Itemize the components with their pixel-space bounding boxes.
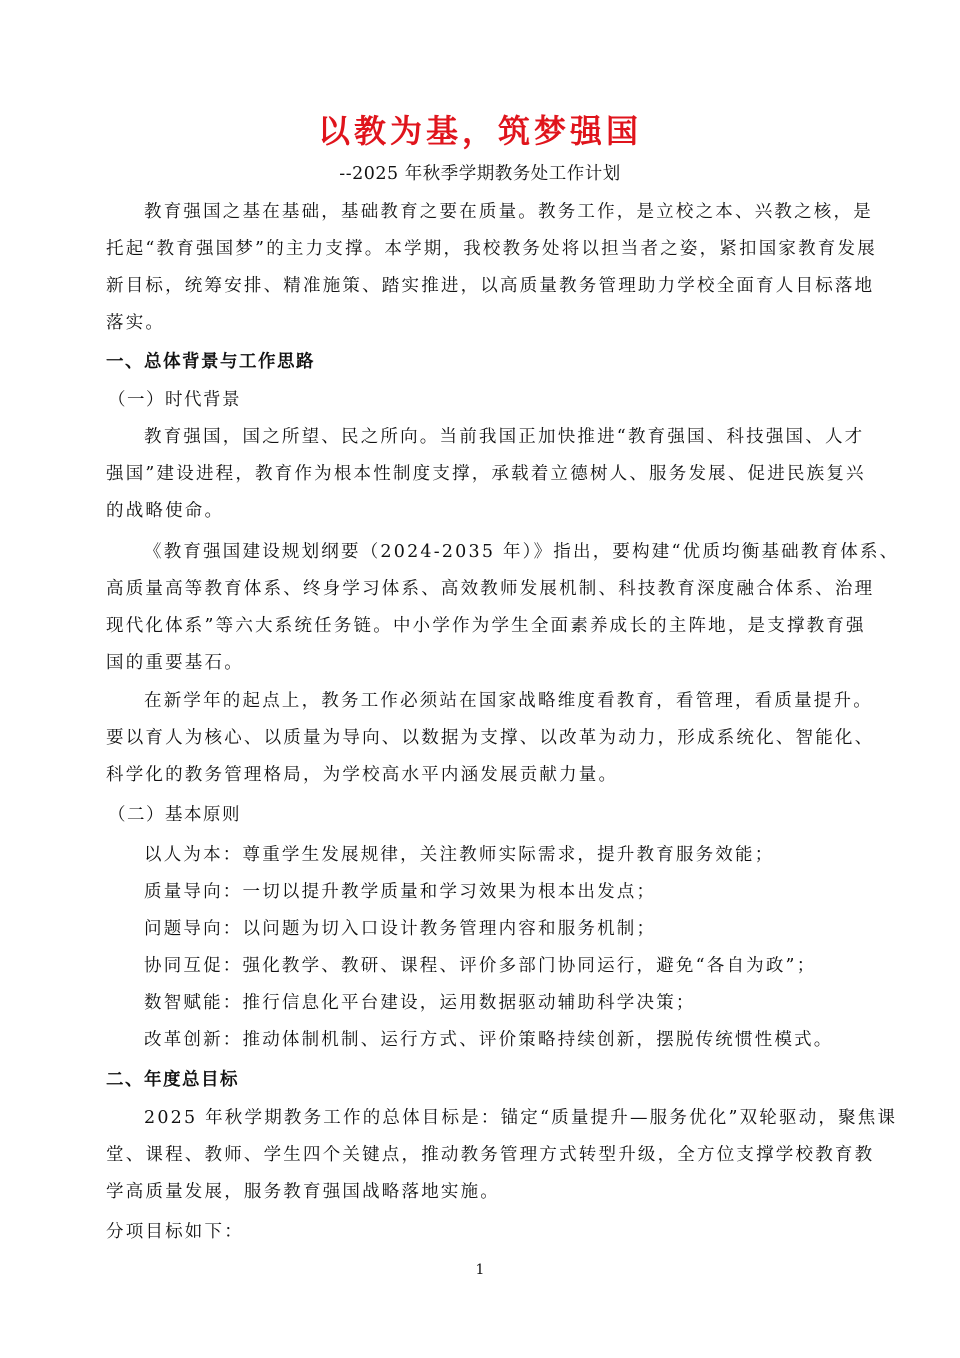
sub-goals-label: 分项目标如下：: [106, 1220, 244, 1244]
document-page: 以教为基，筑梦强国 --2025 年秋季学期教务处工作计划 教育强国之基在基础，…: [0, 0, 960, 1358]
intro-line: 托起“教育强国梦”的主力支撑。本学期，我校教务处将以担当者之姿，紧扣国家教育发展: [106, 237, 877, 261]
section-1-heading: 一、总体背景与工作思路: [106, 350, 315, 374]
paragraph-line: 要以育人为核心、以质量为导向、以数据为支撑、以改革为动力，形成系统化、智能化、: [106, 726, 874, 750]
principle-item: 协同互促：强化教学、教研、课程、评价多部门协同运行，避免“各自为政”；: [144, 954, 816, 978]
principle-item: 改革创新：推动体制机制、运行方式、评价策略持续创新，摆脱传统惯性模式。: [144, 1028, 834, 1052]
paragraph-line: 国的重要基石。: [106, 651, 244, 675]
section-2-heading: 二、年度总目标: [106, 1068, 239, 1092]
paragraph-line: 教育强国，国之所望、民之所向。当前我国正加快推进“教育强国、科技强国、人才: [144, 425, 864, 449]
subsection-2-heading: （二）基本原则: [108, 803, 241, 827]
paragraph-line: 2025 年秋学期教务工作的总体目标是：锚定“质量提升—服务优化”双轮驱动，聚焦…: [144, 1106, 897, 1130]
paragraph-line: 《教育强国建设规划纲要（2024-2035 年）》指出，要构建“优质均衡基础教育…: [144, 540, 899, 564]
document-subtitle: --2025 年秋季学期教务处工作计划: [0, 160, 960, 185]
paragraph-line: 学高质量发展，服务教育强国战略落地实施。: [106, 1180, 500, 1204]
paragraph-line: 现代化体系”等六大系统任务链。中小学作为学生全面素养成长的主阵地，是支撑教育强: [106, 614, 866, 638]
paragraph-line: 强国”建设进程，教育作为根本性制度支撑，承载着立德树人、服务发展、促进民族复兴: [106, 462, 866, 486]
paragraph-line: 高质量高等教育体系、终身学习体系、高效教师发展机制、科技教育深度融合体系、治理: [106, 577, 874, 601]
intro-line: 教育强国之基在基础，基础教育之要在质量。教务工作，是立校之本、兴教之核，是: [144, 200, 873, 224]
paragraph-line: 堂、课程、教师、学生四个关键点，推动教务管理方式转型升级，全方位支撑学校教育教: [106, 1143, 874, 1167]
intro-line: 落实。: [106, 311, 165, 335]
page-number: 1: [0, 1262, 960, 1278]
principle-item: 以人为本：尊重学生发展规律，关注教师实际需求，提升教育服务效能；: [144, 843, 774, 867]
paragraph-line: 的战略使命。: [106, 499, 224, 523]
paragraph-line: 科学化的教务管理格局，为学校高水平内涵发展贡献力量。: [106, 763, 618, 787]
paragraph-line: 在新学年的起点上，教务工作必须站在国家战略维度看教育，看管理，看质量提升。: [144, 689, 873, 713]
subsection-1-heading: （一）时代背景: [108, 388, 241, 412]
principle-item: 质量导向：一切以提升教学质量和学习效果为根本出发点；: [144, 880, 656, 904]
principle-item: 问题导向：以问题为切入口设计教务管理内容和服务机制；: [144, 917, 656, 941]
principle-item: 数智赋能：推行信息化平台建设，运用数据驱动辅助科学决策；: [144, 991, 696, 1015]
intro-line: 新目标，统筹安排、精准施策、踏实推进，以高质量教务管理助力学校全面育人目标落地: [106, 274, 874, 298]
document-title: 以教为基，筑梦强国: [0, 106, 960, 152]
